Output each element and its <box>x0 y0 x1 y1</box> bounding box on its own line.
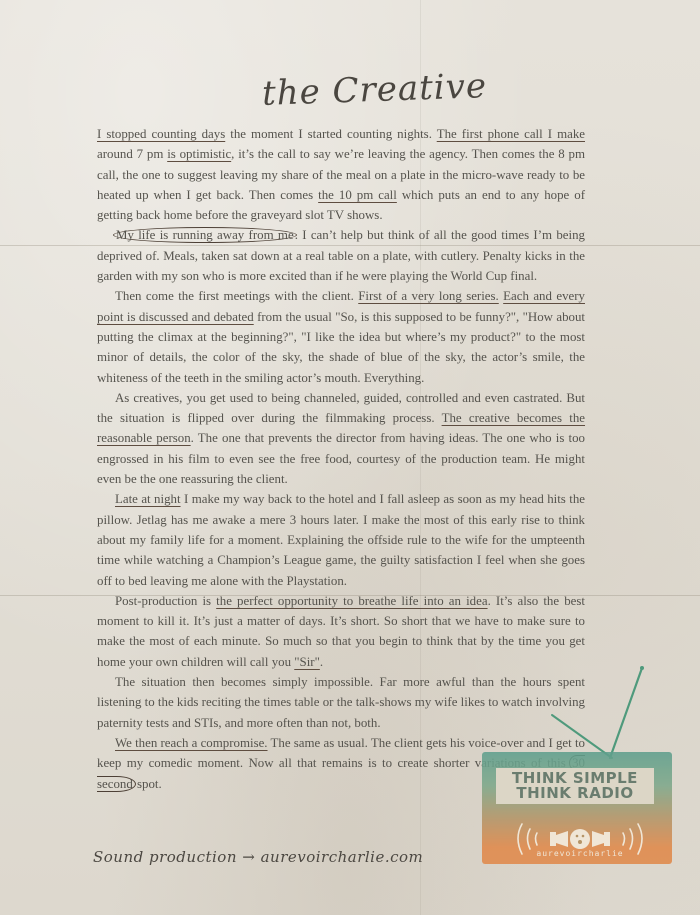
pen-underline: I stopped counting days <box>97 127 225 141</box>
pen-underline: Late at night <box>115 492 181 506</box>
text-run: around 7 pm <box>97 147 167 161</box>
footer-credit: Sound production → aurevoircharlie.com <box>93 848 423 866</box>
slogan-line-2: THINK RADIO <box>516 786 633 801</box>
pen-underline: the 10 pm call <box>318 188 397 202</box>
paragraph: Late at night I make my way back to the … <box>97 489 585 590</box>
pen-circle: My life is running away from me <box>113 227 297 243</box>
pen-underline: is optimistic <box>167 147 231 161</box>
text-run: . <box>320 655 323 669</box>
text-run: I make my way back to the hotel and I fa… <box>97 492 585 587</box>
page-title: the Creative <box>261 66 487 114</box>
paragraph: I stopped counting days the moment I sta… <box>97 124 585 225</box>
paragraph: Then come the first meetings with the cl… <box>97 286 585 387</box>
radio-brand-name: aurevoircharlie <box>530 849 630 858</box>
pen-underline: "Sir" <box>294 655 320 669</box>
text-run: The situation then becomes simply imposs… <box>97 675 585 730</box>
article-body: I stopped counting days the moment I sta… <box>97 124 585 794</box>
pen-underline: The first phone call I make <box>437 127 585 141</box>
paragraph: The situation then becomes simply imposs… <box>97 672 585 733</box>
text-run: the moment I started counting nights. <box>225 127 436 141</box>
pen-underline: the perfect opportunity to breathe life … <box>216 594 487 608</box>
paragraph: As creatives, you get used to being chan… <box>97 388 585 489</box>
text-run: Then come the first meetings with the cl… <box>115 289 358 303</box>
text-run: spot. <box>134 777 162 791</box>
pen-underline: First of a very long series. <box>358 289 499 303</box>
text-run: Post-production is <box>115 594 216 608</box>
paragraph: My life is running away from me. I can’t… <box>97 225 585 286</box>
pen-underline: We then reach a compromise. <box>115 736 268 750</box>
radio-slogan: THINK SIMPLE THINK RADIO <box>496 768 654 804</box>
paragraph: Post-production is the perfect opportuni… <box>97 591 585 672</box>
